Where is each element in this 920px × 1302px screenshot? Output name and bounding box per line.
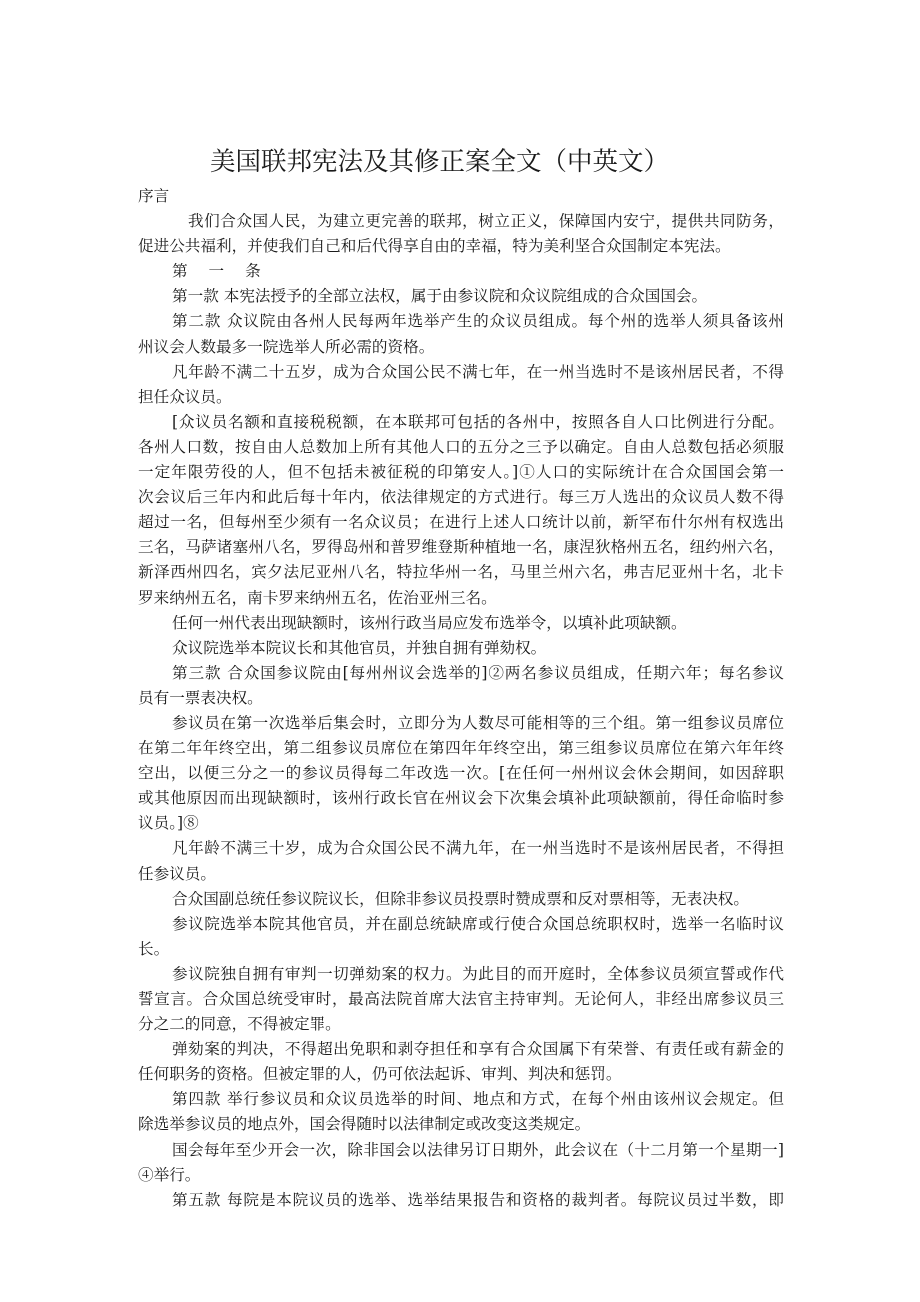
paragraph-text-line: 任何一州代表出现缺额时，该州行政当局应发布选举令，以填补此项缺额。 — [138, 611, 784, 636]
paragraph-text-line: 第五款 每院是本院议员的选举、选举结果报告和资格的裁判者。每院议员过半数，即 — [138, 1188, 784, 1213]
paragraph-text-line: 超过一名，但每州至少须有一名众议员；在进行上述人口统计以前，新罕布什尔州有权选出 — [138, 510, 784, 535]
paragraph-text-line: ④举行。 — [138, 1163, 784, 1188]
paragraph-text-line: 长。 — [138, 937, 784, 962]
paragraph-text-line: 凡年龄不满三十岁，成为合众国公民不满九年，在一州当选时不是该州居民者，不得担 — [138, 836, 784, 861]
document-title: 美国联邦宪法及其修正案全文（中英文） — [210, 144, 730, 180]
paragraph-text-line: 弹劾案的判决，不得超出免职和剥夺担任和享有合众国属下有荣誉、有责任或有薪金的 — [138, 1037, 784, 1062]
paragraph-text-line: 凡年龄不满二十五岁，成为合众国公民不满七年，在一州当选时不是该州居民者，不得 — [138, 360, 784, 385]
paragraph-text-line: 任何职务的资格。但被定罪的人，仍可依法起诉、审判、判决和惩罚。 — [138, 1062, 784, 1087]
paragraph-text-line: 分之二的同意，不得被定罪。 — [138, 1012, 784, 1037]
document-body: 序言 我们合众国人民，为建立更完善的联邦，树立正义，保障国内安宁，提供共同防务，… — [138, 184, 784, 1213]
article-heading: 第 一 条 — [138, 259, 784, 284]
paragraph-text-line: 第二款 众议院由各州人民每两年选举产生的众议员组成。每个州的选举人须具备该州 — [138, 309, 784, 334]
paragraph-text-line: 新泽西州四名，宾夕法尼亚州八名，特拉华州一名，马里兰州六名，弗吉尼亚州十名，北卡 — [138, 560, 784, 585]
paragraph-text-line: 第四款 举行参议员和众议员选举的时间、地点和方式，在每个州由该州议会规定。但 — [138, 1087, 784, 1112]
preamble-heading: 序言 — [138, 184, 784, 209]
paragraph-text-line: 除选举参议员的地点外，国会得随时以法律制定或改变这类规定。 — [138, 1112, 784, 1137]
preamble-text-line: 我们合众国人民，为建立更完善的联邦，树立正义，保障国内安宁，提供共同防务， — [138, 209, 784, 234]
paragraph-text-line: 参议院选举本院其他官员，并在副总统缺席或行使合众国总统职权时，选举一名临时议 — [138, 912, 784, 937]
paragraph-text-line: 第三款 合众国参议院由[每州州议会选举的]②两名参议员组成，任期六年；每名参议 — [138, 661, 784, 686]
paragraph-text-line: 担任众议员。 — [138, 385, 784, 410]
paragraph-text-line: 州议会人数最多一院选举人所必需的资格。 — [138, 335, 784, 360]
paragraph-text-line: 空出，以便三分之一的参议员得每二年改选一次。[在任何一州州议会休会期间，如因辞职 — [138, 761, 784, 786]
paragraph-text-line: 誓宣言。合众国总统受审时，最高法院首席大法官主持审判。无论何人，非经出席参议员三 — [138, 987, 784, 1012]
paragraph-text-line: 议员。]⑧ — [138, 811, 784, 836]
paragraph-text-line: 众议院选举本院议长和其他官员，并独自拥有弹劾权。 — [138, 636, 784, 661]
preamble-text-line: 促进公共福利，并使我们自己和后代得享自由的幸福，特为美利坚合众国制定本宪法。 — [138, 234, 784, 259]
paragraph-text-line: 各州人口数，按自由人总数加上所有其他人口的五分之三予以确定。自由人总数包括必须服 — [138, 435, 784, 460]
paragraph-text-line: 合众国副总统任参议院议长，但除非参议员投票时赞成票和反对票相等，无表决权。 — [138, 887, 784, 912]
paragraph-text-line: 任参议员。 — [138, 862, 784, 887]
paragraph-text-line: 次会议后三年内和此后每十年内，依法律规定的方式进行。每三万人选出的众议员人数不得 — [138, 485, 784, 510]
paragraph-text-line: 或其他原因而出现缺额时，该州行政长官在州议会下次集会填补此项缺额前，得任命临时参 — [138, 786, 784, 811]
paragraph-text-line: 员有一票表决权。 — [138, 686, 784, 711]
paragraph-text-line: 一定年限劳役的人，但不包括未被征税的印第安人。]①人口的实际统计在合众国国会第一 — [138, 460, 784, 485]
paragraph-text-line: 参议院独自拥有审判一切弹劾案的权力。为此目的而开庭时，全体参议员须宣誓或作代 — [138, 962, 784, 987]
preamble-block: 我们合众国人民，为建立更完善的联邦，树立正义，保障国内安宁，提供共同防务，促进公… — [138, 209, 784, 259]
paragraph-text-line: 在第二年年终空出，第二组参议员席位在第四年年终空出，第三组参议员席位在第六年年终 — [138, 736, 784, 761]
paragraph-text-line: 罗来纳州五名，南卡罗来纳州五名，佐治亚州三名。 — [138, 586, 784, 611]
paragraph-text-line: 参议员在第一次选举后集会时，立即分为人数尽可能相等的三个组。第一组参议员席位 — [138, 711, 784, 736]
paragraph-text-line: 三名，马萨诸塞州八名，罗得岛州和普罗维登斯种植地一名，康涅狄格州五名，纽约州六名… — [138, 535, 784, 560]
paragraph-text-line: [众议员名额和直接税税额，在本联邦可包括的各州中，按照各自人口比例进行分配。 — [138, 410, 784, 435]
paragraph-text-line: 第一款 本宪法授予的全部立法权，属于由参议院和众议院组成的合众国国会。 — [138, 284, 784, 309]
article-one-block: 第一款 本宪法授予的全部立法权，属于由参议院和众议院组成的合众国国会。第二款 众… — [138, 284, 784, 1212]
paragraph-text-line: 国会每年至少开会一次，除非国会以法律另订日期外，此会议在（十二月第一个星期一] — [138, 1138, 784, 1163]
